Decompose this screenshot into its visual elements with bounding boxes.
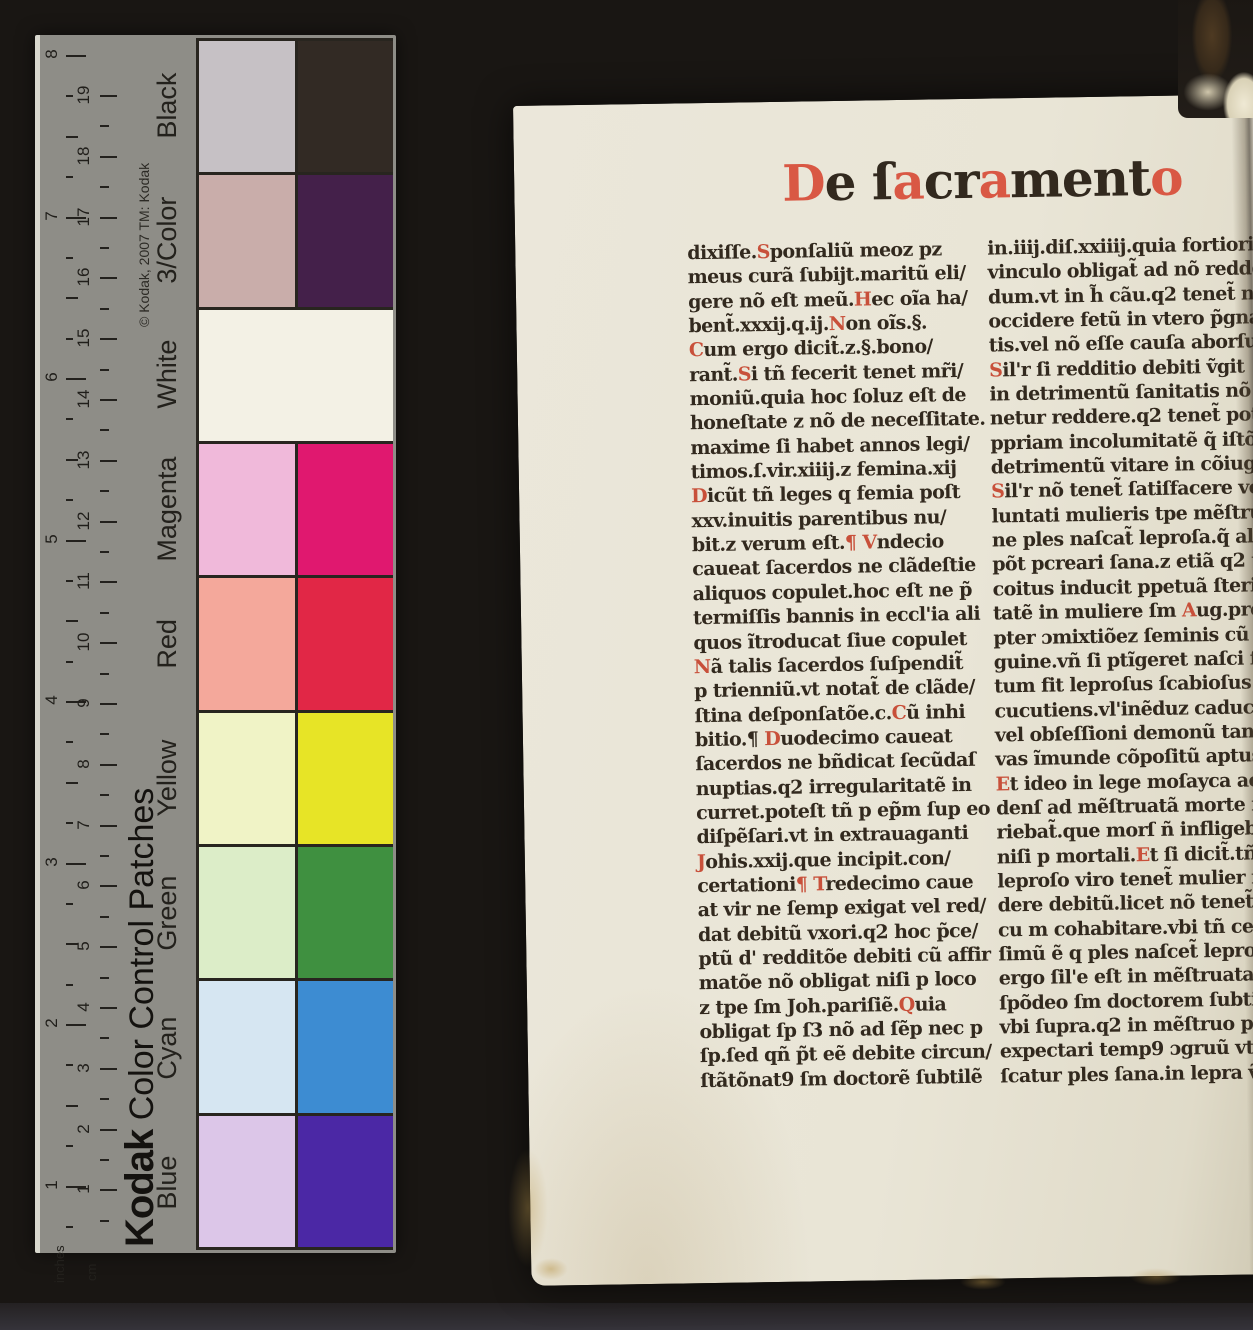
text-line: ergo ſil'e eſt in mẽſtruata.Re xyxy=(999,963,1253,992)
color-patch-black-saturated xyxy=(298,41,394,172)
color-patch-green-saturated xyxy=(298,847,394,978)
text-line: ſcatur ples ſana.in lepra ṽo xyxy=(1000,1060,1253,1089)
cm-tick xyxy=(100,855,109,857)
cm-number: 5 xyxy=(74,934,94,958)
book-page: De ſacramento dixiſſe.Sponſaliũ meoz pzm… xyxy=(513,94,1253,1286)
patch-label-red: Red xyxy=(152,577,194,712)
manuscript-photo: 1234567812345678910111213141516171819 in… xyxy=(0,0,1253,1330)
cm-number: 15 xyxy=(74,326,94,350)
color-patch-cyan-tint xyxy=(199,981,295,1112)
text-line: tatẽ in muliere ſm Aug.pro/ xyxy=(993,597,1253,626)
cm-tick xyxy=(100,521,117,523)
cm-tick xyxy=(100,186,109,188)
color-patch-cyan-saturated xyxy=(298,981,394,1112)
inch-number: 4 xyxy=(42,688,62,712)
cm-tick xyxy=(100,885,117,887)
cm-number: 18 xyxy=(74,144,94,168)
inch-tick xyxy=(66,741,73,743)
inch-tick xyxy=(66,95,73,97)
inch-tick xyxy=(66,984,73,986)
cm-tick xyxy=(100,277,117,279)
cm-tick xyxy=(100,916,109,918)
cm-number: 8 xyxy=(74,752,94,776)
text-line: dere debitũ.licet nõ tenet̃ ſe xyxy=(997,889,1253,918)
cm-number: 6 xyxy=(74,873,94,897)
text-line: tum fit leproſus ſcabioſus ce xyxy=(994,670,1253,699)
cm-tick xyxy=(100,156,117,158)
inch-tick xyxy=(66,338,73,340)
text-line: expectari temp9 ɔgruũ vt na xyxy=(1000,1036,1253,1065)
inch-tick xyxy=(66,782,78,784)
text-line: ſtãtõnat9 ſm doctorẽ ſubtilẽ xyxy=(700,1064,985,1093)
cm-number: 16 xyxy=(74,265,94,289)
inch-number: 5 xyxy=(42,527,62,551)
cm-tick xyxy=(100,642,117,644)
cm-tick xyxy=(100,217,117,219)
cm-number: 7 xyxy=(74,813,94,837)
patch-label-magenta: Magenta xyxy=(152,442,194,577)
stain xyxy=(534,1258,568,1280)
color-patch-yellow-saturated xyxy=(298,713,394,844)
text-line: tis.vel nõ eſſe cauſa aborſus xyxy=(989,330,1253,359)
color-patch-black-tint xyxy=(199,41,295,172)
book-spine-corner xyxy=(1178,0,1253,118)
cm-number: 14 xyxy=(74,387,94,411)
cm-tick xyxy=(100,977,109,979)
inch-tick xyxy=(66,1105,78,1107)
color-patch-magenta-tint xyxy=(199,444,295,575)
cm-tick xyxy=(100,429,109,431)
cm-tick xyxy=(100,764,117,766)
cm-tick xyxy=(100,825,117,827)
text-line: vinculo obligat̃ ad nõ reddẽ xyxy=(987,257,1253,286)
patch-label-black: Black xyxy=(152,38,194,173)
cm-number: 3 xyxy=(74,1056,94,1080)
inch-tick xyxy=(66,1226,73,1228)
cm-tick xyxy=(100,460,117,462)
cm-tick xyxy=(100,673,109,675)
cm-tick xyxy=(100,399,117,401)
cm-tick xyxy=(100,490,109,492)
inch-tick xyxy=(66,863,86,865)
inch-tick xyxy=(66,540,86,542)
text-column-right: in.iiij.diſ.xxiiij.quia fortiorivinculo … xyxy=(987,232,1253,1088)
color-patch-magenta-saturated xyxy=(298,444,394,575)
kodak-color-card: 1234567812345678910111213141516171819 in… xyxy=(35,35,396,1253)
inch-number: 7 xyxy=(42,204,62,228)
cm-tick xyxy=(100,338,117,340)
color-patch-red-saturated xyxy=(298,578,394,709)
cm-tick xyxy=(100,581,117,583)
cm-number: 2 xyxy=(74,1117,94,1141)
inch-tick xyxy=(66,661,73,663)
cm-tick xyxy=(100,733,109,735)
inch-tick xyxy=(66,620,78,622)
color-patch-green-tint xyxy=(199,847,295,978)
stain xyxy=(508,1148,548,1268)
cm-tick xyxy=(100,946,117,948)
cm-tick xyxy=(100,794,109,796)
inch-tick xyxy=(66,418,73,420)
color-patch-grid xyxy=(196,38,393,1250)
text-column-left: dixiſſe.Sponſaliũ meoz pzmeus curã ſubij… xyxy=(687,237,985,1093)
inch-tick xyxy=(66,1145,73,1147)
text-line: netur reddere.q2 tenet̃ poti9 xyxy=(990,403,1253,432)
photo-bottom-strip xyxy=(0,1303,1253,1330)
cm-tick xyxy=(100,1189,117,1191)
cm-tick xyxy=(100,247,109,249)
inch-tick xyxy=(66,499,73,501)
color-patch-blue-tint xyxy=(199,1116,295,1247)
cm-tick xyxy=(100,1007,117,1009)
stain xyxy=(960,1274,1006,1290)
cm-number: 10 xyxy=(74,630,94,654)
text-line: riebat̃.que morſ ñ infligebat̃ xyxy=(996,816,1253,845)
cm-tick xyxy=(100,1037,109,1039)
inch-tick xyxy=(66,297,78,299)
cm-number: 4 xyxy=(74,995,94,1019)
inch-tick xyxy=(66,176,73,178)
text-line: vas ĩmunde cõpoſitũ aptus xyxy=(995,743,1253,772)
ruler-unit-inches: inches xyxy=(52,1245,67,1283)
cm-number: 17 xyxy=(74,205,94,229)
text-line: gere nõ eſt meũ.Hec oĩa ha/ xyxy=(688,285,973,314)
cm-tick xyxy=(100,125,109,127)
kodak-copyright: © Kodak, 2007 TM: Kodak xyxy=(136,65,152,327)
patch-label-white: White xyxy=(152,307,194,442)
cm-tick xyxy=(100,1159,109,1161)
cm-tick xyxy=(100,369,109,371)
inch-tick xyxy=(66,1024,86,1026)
cm-tick xyxy=(100,612,109,614)
inch-tick xyxy=(66,55,86,57)
inch-number: 3 xyxy=(42,850,62,874)
cm-number: 19 xyxy=(74,83,94,107)
ruler-unit-cm: cm xyxy=(84,1264,99,1281)
page-title: De ſacramento xyxy=(782,148,1163,213)
patch-label-3-color: 3/Color xyxy=(152,173,194,308)
inch-tick xyxy=(66,257,73,259)
patch-label-yellow: Yellow xyxy=(152,711,194,846)
cm-tick xyxy=(100,1068,117,1070)
patch-label-blue: Blue xyxy=(152,1115,194,1250)
cm-tick xyxy=(100,308,109,310)
color-patch-blue-saturated xyxy=(298,1116,394,1247)
inch-number: 6 xyxy=(42,365,62,389)
cm-tick xyxy=(100,1098,109,1100)
color-patch-red-tint xyxy=(199,578,295,709)
color-patch-yellow-tint xyxy=(199,713,295,844)
inch-number: 2 xyxy=(42,1011,62,1035)
color-patch-3-color-saturated xyxy=(298,175,394,306)
cm-tick xyxy=(100,95,117,97)
stain xyxy=(1130,1268,1182,1286)
inch-tick xyxy=(66,580,73,582)
cm-number: 13 xyxy=(74,448,94,472)
color-patch-white xyxy=(199,310,393,441)
cm-tick xyxy=(100,703,117,705)
cm-tick xyxy=(100,1220,109,1222)
patch-label-cyan: Cyan xyxy=(152,981,194,1116)
patch-label-green: Green xyxy=(152,846,194,981)
cm-number: 12 xyxy=(74,509,94,533)
color-patch-3-color-tint xyxy=(199,175,295,306)
cm-tick xyxy=(100,1129,117,1131)
inch-tick xyxy=(66,903,73,905)
inch-tick xyxy=(66,822,73,824)
inch-number: 1 xyxy=(42,1173,62,1197)
cm-number: 9 xyxy=(74,691,94,715)
inch-tick xyxy=(66,1064,73,1066)
inch-tick xyxy=(66,136,78,138)
cm-number: 11 xyxy=(74,569,94,593)
cm-tick xyxy=(100,551,109,553)
inch-number: 8 xyxy=(42,42,62,66)
inch-tick xyxy=(66,378,86,380)
cm-number: 1 xyxy=(74,1177,94,1201)
